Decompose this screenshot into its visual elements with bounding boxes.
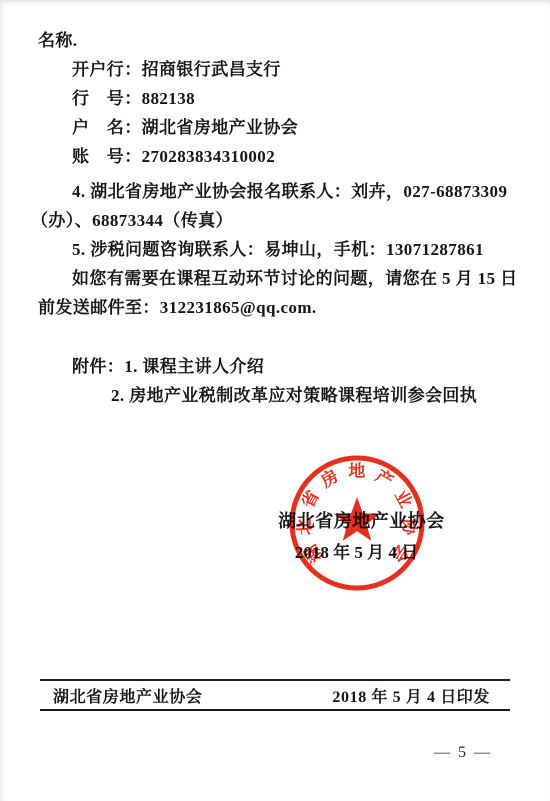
footer-rule-bottom xyxy=(40,709,510,711)
red-star-icon xyxy=(334,497,380,541)
line-bank-number: 行 号：882138 xyxy=(38,84,514,113)
line-attachment-1: 附件：1. 课程主讲人介绍 xyxy=(38,352,514,381)
footer-issuer: 湖北省房地产业协会 xyxy=(40,684,202,707)
document-page: 名称. 开户行：招商银行武昌支行 行 号：882138 户 名：湖北省房地产业协… xyxy=(0,0,550,801)
line-account-holder: 户 名：湖北省房地产业协会 xyxy=(38,113,514,142)
document-body: 名称. 开户行：招商银行武昌支行 行 号：882138 户 名：湖北省房地产业协… xyxy=(38,26,514,410)
page-number: — 5 — xyxy=(434,744,492,762)
footer-rule-top xyxy=(40,679,510,681)
line-contact-4: 4. 湖北省房地产业协会报名联系人：刘卉，027-68873309 xyxy=(38,177,514,206)
line-bank-branch: 开户行：招商银行武昌支行 xyxy=(38,55,514,84)
line-contact-5: 5. 涉税问题咨询联系人：易坤山，手机：13071287861 xyxy=(38,235,514,264)
footer-issue-date: 2018 年 5 月 4 日印发 xyxy=(332,684,510,707)
footer-row: 湖北省房地产业协会 2018 年 5 月 4 日印发 xyxy=(40,682,510,708)
line-account-number: 账 号：270283834310002 xyxy=(38,142,514,171)
line-account-name-label: 名称. xyxy=(38,26,514,55)
line-contact-4-cont: （办）、68873344（传真） xyxy=(31,206,514,235)
official-seal: 湖北省房地产业协会 xyxy=(284,448,430,598)
line-email: 前发送邮件至：312231865@qq.com. xyxy=(38,293,514,322)
line-discussion-note: 如您有需要在课程互动环节讨论的问题，请您在 5 月 15 日 xyxy=(38,264,514,293)
line-attachment-2: 2. 房地产业税制改革应对策略课程培训参会回执 xyxy=(38,381,514,410)
